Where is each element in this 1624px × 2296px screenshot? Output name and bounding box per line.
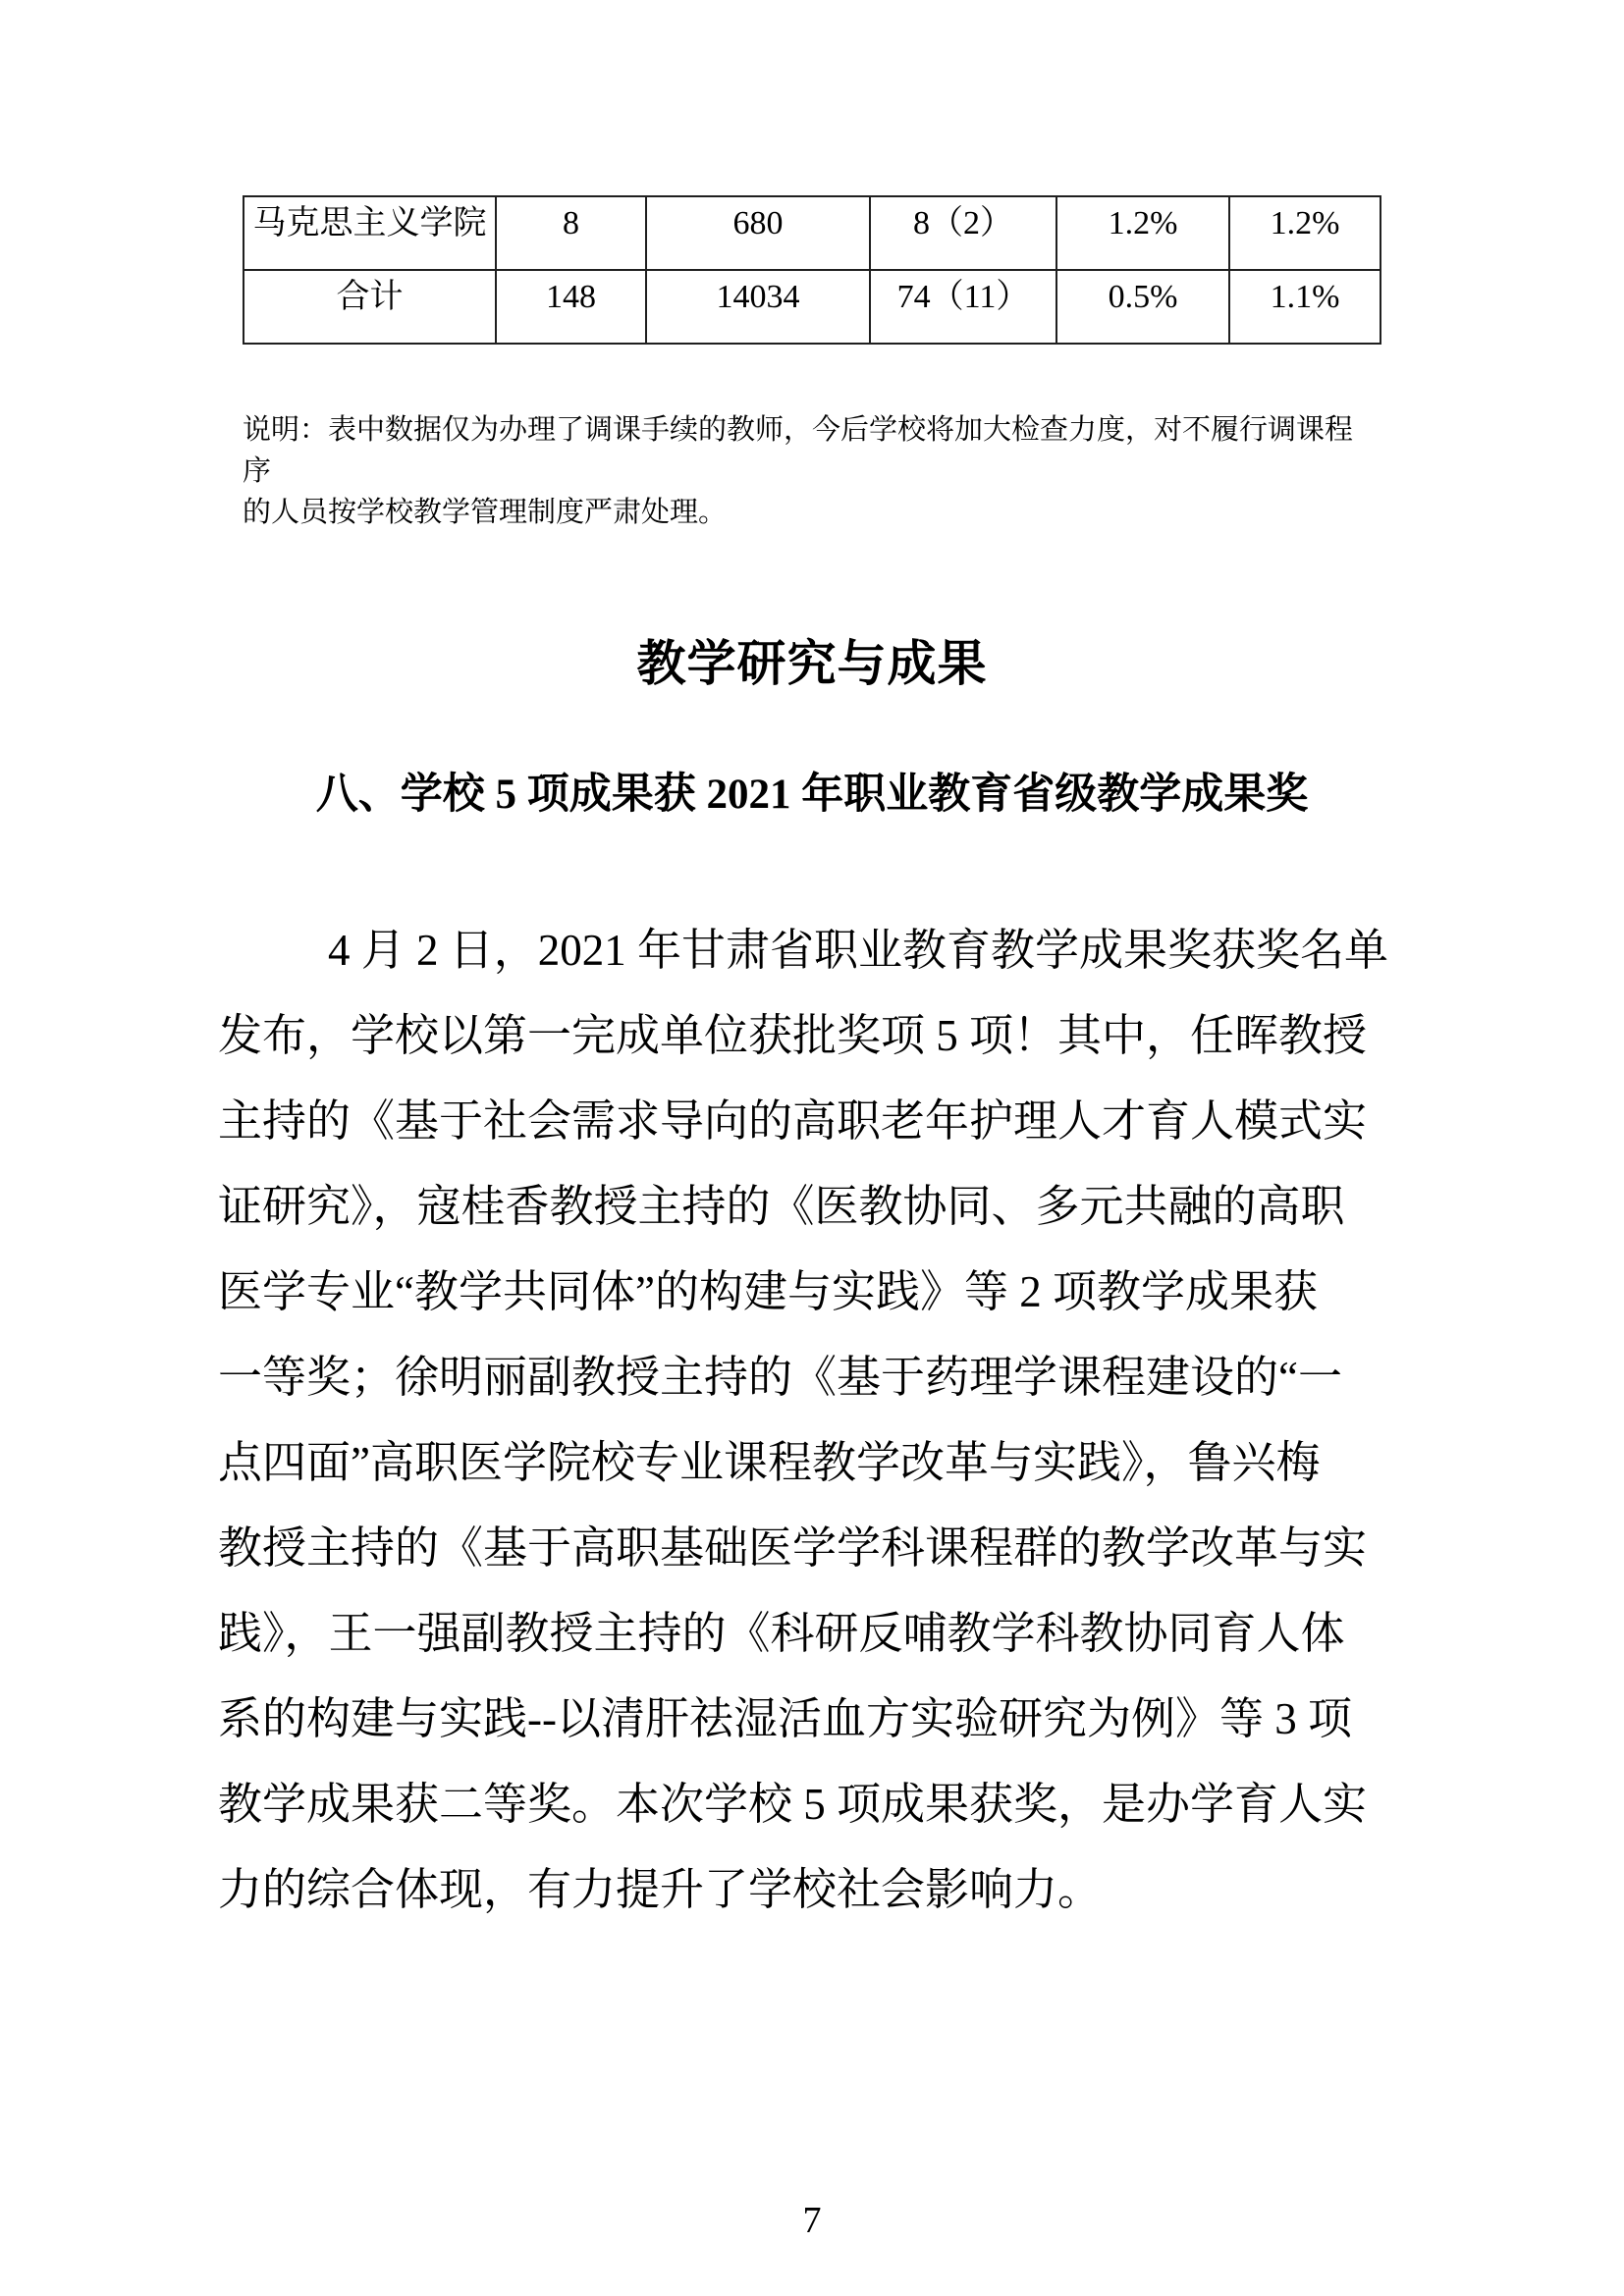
page-number: 7 [0, 2199, 1624, 2242]
table-row-total: 合计 148 14034 74（11） 0.5% 1.1% [244, 270, 1380, 344]
body-line: 教授主持的《基于高职基础医学学科课程群的教学改革与实 [218, 1506, 1411, 1591]
table-cell-value: 0.5% [1056, 270, 1229, 344]
body-line: 4 月 2 日，2021 年甘肃省职业教育教学成果奖获奖名单 [218, 908, 1411, 993]
table-cell-value: 8（2） [870, 196, 1056, 270]
table-cell-value: 14034 [646, 270, 870, 344]
body-line: 证研究》，寇桂香教授主持的《医教协同、多元共融的高职 [218, 1164, 1411, 1250]
table-cell-value: 680 [646, 196, 870, 270]
body-paragraph: 4 月 2 日，2021 年甘肃省职业教育教学成果奖获奖名单 发布，学校以第一完… [218, 908, 1411, 1933]
body-line: 系的构建与实践--以清肝祛湿活血方实验研究为例》等 3 项 [218, 1677, 1411, 1762]
table-cell-value: 8 [496, 196, 646, 270]
body-line: 发布，学校以第一完成单位获批奖项 5 项！其中，任晖教授 [218, 993, 1411, 1079]
body-line: 力的综合体现，有力提升了学校社会影响力。 [218, 1847, 1411, 1933]
table-row-marxism-college: 马克思主义学院 8 680 8（2） 1.2% 1.2% [244, 196, 1380, 270]
table-note-line: 的人员按学校教学管理制度严肃处理。 [243, 492, 1380, 533]
table-cell-unit: 马克思主义学院 [244, 196, 496, 270]
table-note-line: 说明：表中数据仅为办理了调课手续的教师，今后学校将加大检查力度，对不履行调课程序 [243, 409, 1380, 492]
document-page: 马克思主义学院 8 680 8（2） 1.2% 1.2% 合计 148 1403… [0, 0, 1624, 2296]
course-change-stats-table: 马克思主义学院 8 680 8（2） 1.2% 1.2% 合计 148 1403… [243, 195, 1381, 345]
section-subtitle: 八、学校 5 项成果获 2021 年职业教育省级教学成果奖 [0, 770, 1624, 821]
body-line: 点四面”高职医学院校专业课程教学改革与实践》，鲁兴梅 [218, 1420, 1411, 1506]
table-cell-value: 1.2% [1229, 196, 1380, 270]
table-cell-value: 74（11） [870, 270, 1056, 344]
table-cell-unit: 合计 [244, 270, 496, 344]
body-line: 教学成果获二等奖。本次学校 5 项成果获奖，是办学育人实 [218, 1762, 1411, 1847]
body-line: 主持的《基于社会需求导向的高职老年护理人才育人模式实 [218, 1079, 1411, 1164]
table-cell-value: 148 [496, 270, 646, 344]
body-line: 一等奖；徐明丽副教授主持的《基于药理学课程建设的“一 [218, 1335, 1411, 1420]
body-line: 践》，王一强副教授主持的《科研反哺教学科教协同育人体 [218, 1591, 1411, 1677]
table-note: 说明：表中数据仅为办理了调课手续的教师，今后学校将加大检查力度，对不履行调课程序… [243, 409, 1380, 533]
body-line: 医学专业“教学共同体”的构建与实践》等 2 项教学成果获 [218, 1250, 1411, 1335]
table-cell-value: 1.2% [1056, 196, 1229, 270]
table-cell-value: 1.1% [1229, 270, 1380, 344]
section-title: 教学研究与成果 [0, 634, 1624, 693]
